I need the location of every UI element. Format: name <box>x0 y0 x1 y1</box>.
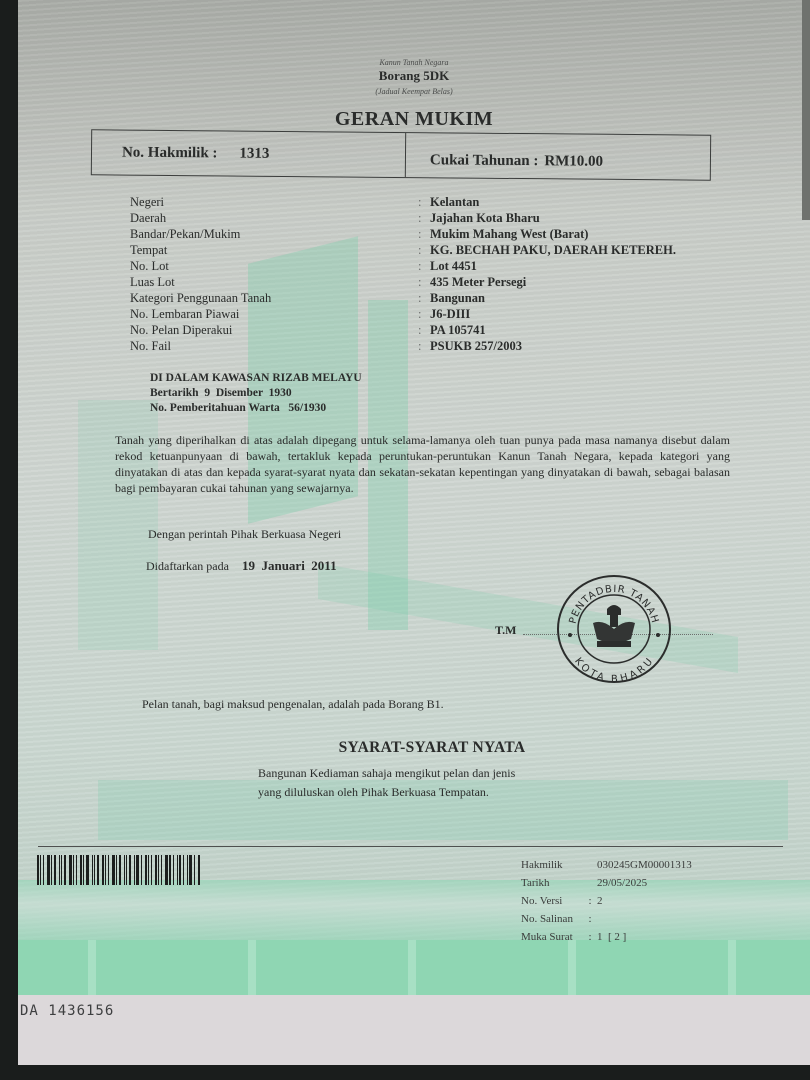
registration-date: Didaftarkan pada 19 Januari 2011 <box>146 558 337 574</box>
reserve-date-value: 9 Disember 1930 <box>204 387 291 399</box>
barcode-bar <box>158 855 159 885</box>
plan-note: Pelan tanah, bagi maksud pengenalan, ada… <box>142 697 444 712</box>
meta-value: 2 <box>597 892 603 910</box>
barcode-bar <box>76 855 77 885</box>
meta-value: 030245GM00001313 <box>597 856 692 874</box>
barcode-bar <box>43 855 44 885</box>
meta-separator: : <box>583 892 597 910</box>
field-separator: : <box>418 322 430 338</box>
meta-label: Muka Surat <box>521 928 583 946</box>
meta-value: 29/05/2025 <box>597 874 647 892</box>
malay-reserve-block: DI DALAM KAWASAN RIZAB MELAYU Bertarikh … <box>150 371 362 416</box>
field-separator: : <box>418 226 430 242</box>
field-separator: : <box>418 274 430 290</box>
security-band-green <box>18 940 810 995</box>
barcode-bar <box>47 855 50 885</box>
barcode-bar <box>187 855 188 885</box>
barcode-bar <box>145 855 147 885</box>
field-row: Tempat:KG. BECHAH PAKU, DAERAH KETEREH. <box>130 242 676 258</box>
field-separator: : <box>418 210 430 226</box>
document-title: GERAN MUKIM <box>18 108 810 131</box>
barcode-bar <box>69 855 72 885</box>
field-label: Daerah <box>130 210 418 226</box>
barcode-bar <box>189 855 192 885</box>
field-value: KG. BECHAH PAKU, DAERAH KETEREH. <box>430 242 676 258</box>
reserve-date: Bertarikh 9 Disember 1930 <box>150 386 362 401</box>
field-separator: : <box>418 194 430 210</box>
meta-separator <box>583 856 597 874</box>
field-row: Bandar/Pekan/Mukim:Mukim Mahang West (Ba… <box>130 226 676 242</box>
field-row: Luas Lot:435 Meter Persegi <box>130 274 676 290</box>
field-row: No. Pelan Diperakui:PA 105741 <box>130 322 676 338</box>
reserve-date-label: Bertarikh <box>150 387 199 399</box>
meta-label: Tarikh <box>521 874 583 892</box>
barcode-bar <box>97 855 99 885</box>
footer-divider <box>38 846 783 847</box>
express-conditions-text: Bangunan Kediaman sahaja mengikut pelan … <box>258 764 515 802</box>
barcode-bar <box>94 855 95 885</box>
barcode-bar <box>51 855 52 885</box>
ownership-statement: Tanah yang diperihalkan di atas adalah d… <box>115 432 730 496</box>
field-separator: : <box>418 338 430 354</box>
barcode-bar <box>83 855 84 885</box>
field-label: No. Pelan Diperakui <box>130 322 418 338</box>
meta-separator: : <box>583 928 597 946</box>
official-seal-icon: PENTADBIR TANAH KOTA BHARU <box>555 573 673 685</box>
bottom-margin-strip <box>18 995 810 1065</box>
meta-row: No. Versi:2 <box>521 892 692 910</box>
barcode-bar <box>112 855 115 885</box>
field-value: PSUKB 257/2003 <box>430 338 522 354</box>
barcode-bar <box>86 855 89 885</box>
barcode-bar <box>169 855 171 885</box>
field-label: Tempat <box>130 242 418 258</box>
title-number-value: 1313 <box>239 145 269 162</box>
barcode-bar <box>129 855 131 885</box>
annual-tax: Cukai Tahunan : RM10.00 <box>406 133 710 180</box>
field-label: Luas Lot <box>130 274 418 290</box>
field-value: J6-DIII <box>430 306 470 322</box>
barcode-bar <box>126 855 127 885</box>
field-row: Daerah:Jajahan Kota Bharu <box>130 210 676 226</box>
meta-label: No. Versi <box>521 892 583 910</box>
barcode-bar <box>151 855 152 885</box>
barcode-bar <box>59 855 60 885</box>
title-number: No. Hakmilik : 1313 <box>92 130 406 177</box>
barcode-bar <box>124 855 125 885</box>
barcode-bar <box>136 855 139 885</box>
meta-row: No. Salinan: <box>521 910 692 928</box>
field-row: Negeri:Kelantan <box>130 194 676 210</box>
barcode-bar <box>194 855 195 885</box>
field-separator: : <box>418 242 430 258</box>
land-title-document: Kanun Tanah Negara Borang 5DK (Jadual Ke… <box>18 0 810 1065</box>
condition-line: Bangunan Kediaman sahaja mengikut pelan … <box>258 764 515 783</box>
condition-line: yang diluluskan oleh Pihak Berkuasa Temp… <box>258 783 515 802</box>
field-value: Kelantan <box>430 194 479 210</box>
field-label: Negeri <box>130 194 418 210</box>
barcode-bar <box>183 855 184 885</box>
barcode-bar <box>141 855 142 885</box>
schedule-label: (Jadual Keempat Belas) <box>18 87 810 96</box>
barcode-bar <box>61 855 62 885</box>
barcode-bar <box>155 855 157 885</box>
meta-separator <box>583 874 597 892</box>
field-separator: : <box>418 258 430 274</box>
field-label: No. Lembaran Piawai <box>130 306 418 322</box>
field-row: No. Lembaran Piawai:J6-DIII <box>130 306 676 322</box>
meta-row: Tarikh29/05/2025 <box>521 874 692 892</box>
field-row: Kategori Penggunaan Tanah:Bangunan <box>130 290 676 306</box>
barcode-bar <box>198 855 200 885</box>
field-separator: : <box>418 290 430 306</box>
meta-row: Muka Surat:1 [ 2 ] <box>521 928 692 946</box>
act-name: Kanun Tanah Negara <box>18 58 810 67</box>
field-label: Bandar/Pekan/Mukim <box>130 226 418 242</box>
barcode-bar <box>80 855 82 885</box>
barcode-bar <box>165 855 168 885</box>
barcode-bar <box>173 855 174 885</box>
field-value: Mukim Mahang West (Barat) <box>430 226 588 242</box>
barcode-bar <box>161 855 162 885</box>
field-value: PA 105741 <box>430 322 486 338</box>
field-value: Jajahan Kota Bharu <box>430 210 540 226</box>
barcode-bar <box>108 855 109 885</box>
barcode-bar <box>102 855 104 885</box>
title-number-label: No. Hakmilik : <box>122 144 218 162</box>
serial-number: DA 1436156 <box>20 1003 114 1019</box>
barcode-bar <box>134 855 135 885</box>
barcode-bar <box>177 855 178 885</box>
barcode-bar <box>92 855 93 885</box>
field-separator: : <box>418 306 430 322</box>
barcode-bar <box>54 855 56 885</box>
barcode-bar <box>37 855 39 885</box>
registration-label: Didaftarkan pada <box>146 559 229 573</box>
express-conditions-heading: SYARAT-SYARAT NYATA <box>36 739 810 757</box>
barcode-bar <box>116 855 117 885</box>
authority-order: Dengan perintah Pihak Berkuasa Negeri <box>148 527 341 542</box>
gazette-label: No. Pemberitahuan Warta <box>150 402 280 414</box>
field-value: Bangunan <box>430 290 485 306</box>
title-info-box: No. Hakmilik : 1313 Cukai Tahunan : RM10… <box>91 129 711 180</box>
barcode-bar <box>148 855 149 885</box>
barcode-bar <box>179 855 181 885</box>
meta-label: No. Salinan <box>521 910 583 928</box>
meta-row: Hakmilik030245GM00001313 <box>521 856 692 874</box>
barcode-bar <box>40 855 41 885</box>
field-label: Kategori Penggunaan Tanah <box>130 290 418 306</box>
meta-value: 1 [ 2 ] <box>597 928 626 946</box>
barcode-bar <box>105 855 106 885</box>
land-details: Negeri:KelantanDaerah:Jajahan Kota Bharu… <box>130 194 676 354</box>
registration-value: 19 Januari 2011 <box>242 558 337 573</box>
barcode-bar <box>73 855 74 885</box>
field-value: Lot 4451 <box>430 258 477 274</box>
signature-label: T.M <box>495 623 516 638</box>
barcode-bar <box>64 855 66 885</box>
form-number: Borang 5DK <box>18 68 810 84</box>
svg-text:KOTA BHARU: KOTA BHARU <box>572 656 656 685</box>
barcode-bar <box>119 855 121 885</box>
footer-metadata: Hakmilik030245GM00001313Tarikh29/05/2025… <box>521 856 692 946</box>
field-row: No. Fail:PSUKB 257/2003 <box>130 338 676 354</box>
gazette-value: 56/1930 <box>288 402 326 414</box>
meta-label: Hakmilik <box>521 856 583 874</box>
meta-separator: : <box>583 910 597 928</box>
annual-tax-label: Cukai Tahunan : <box>430 152 539 170</box>
gazette-number: No. Pemberitahuan Warta 56/1930 <box>150 401 362 416</box>
barcode-icon <box>37 855 223 885</box>
field-row: No. Lot:Lot 4451 <box>130 258 676 274</box>
annual-tax-value: RM10.00 <box>544 153 603 171</box>
field-label: No. Fail <box>130 338 418 354</box>
field-label: No. Lot <box>130 258 418 274</box>
malay-reserve-heading: DI DALAM KAWASAN RIZAB MELAYU <box>150 371 362 386</box>
field-value: 435 Meter Persegi <box>430 274 526 290</box>
